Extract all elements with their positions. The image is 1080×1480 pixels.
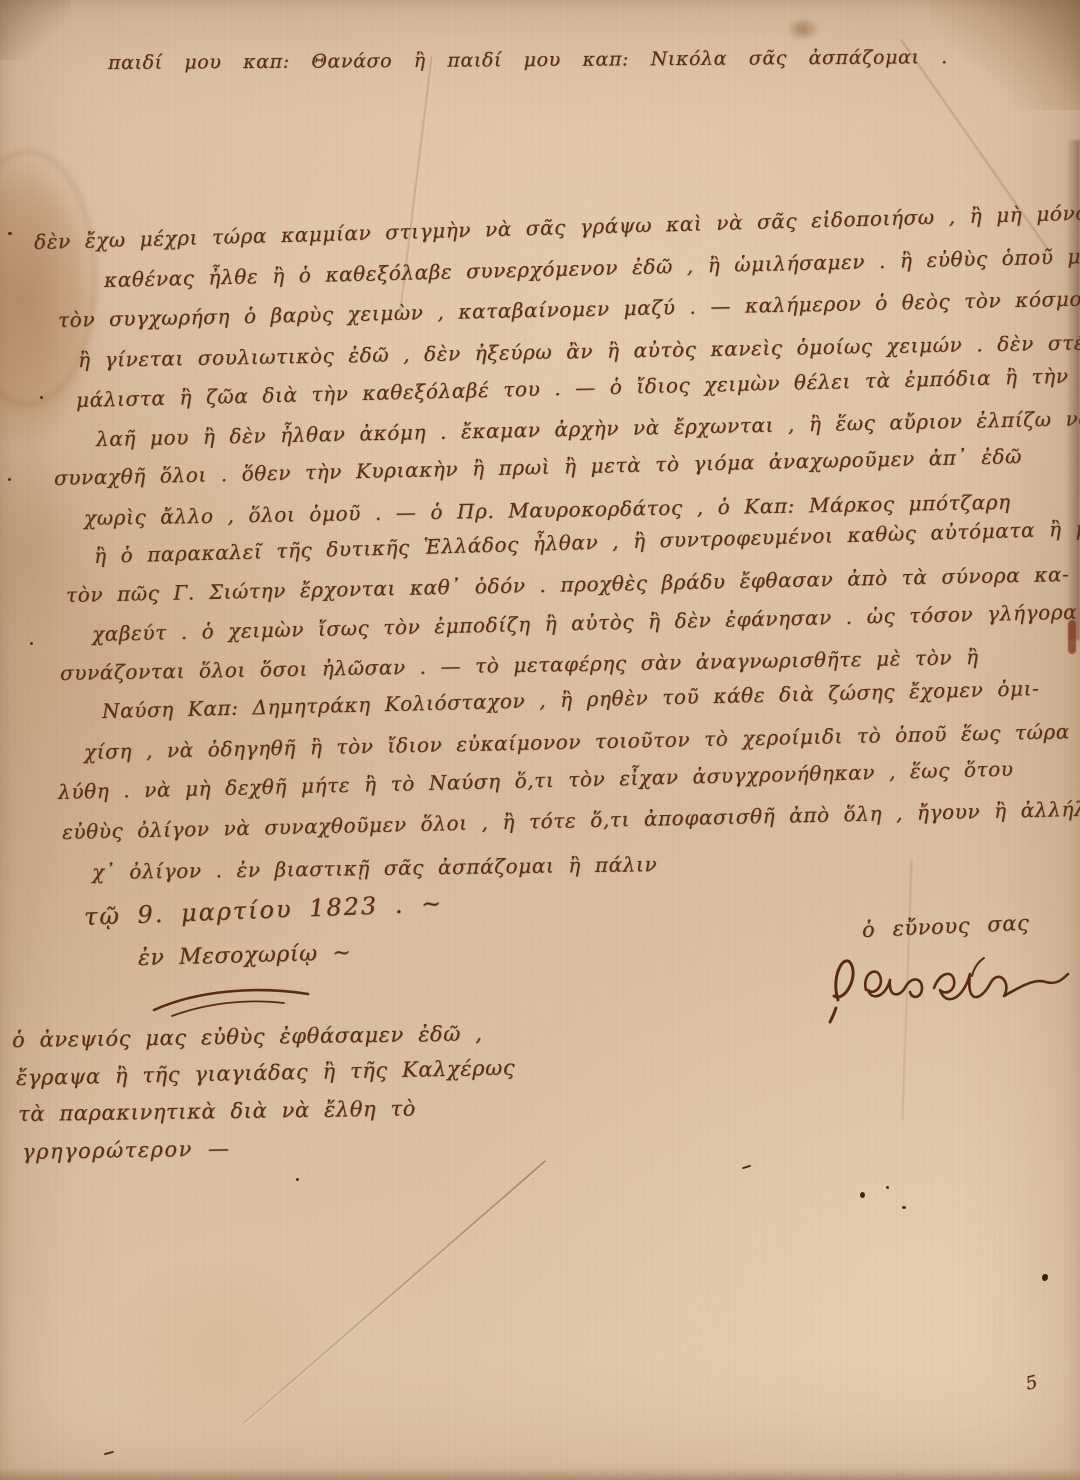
body-line: λαῆ μου ἢ δὲν ἦλθαν ἀκόμη . ἔκαμαν ἀρχὴν… — [96, 406, 1080, 451]
ink-speck — [742, 1165, 751, 1170]
ink-speck — [8, 478, 11, 481]
place-line: ἐν Μεσοχωρίῳ ~ — [138, 940, 352, 971]
body-line: λύθη . νὰ μὴ δεχθῆ μήτε ἢ τὸ Ναύση ὅ,τι … — [58, 757, 1014, 804]
ink-speck — [902, 1206, 906, 1209]
body-line: συνάζονται ὅλοι ὅσοι ἠλῶσαν . — τὸ μεταφ… — [60, 645, 979, 685]
body-line: συναχθῆ ὅλοι . ὅθεν τὴν Κυριακὴν ἢ πρωὶ … — [54, 444, 1022, 490]
ink-speck — [8, 232, 12, 235]
corner-shade-top-left — [0, 0, 70, 60]
ink-speck — [40, 396, 43, 399]
corner-fold-top-right — [930, 0, 1080, 110]
salutation-line: παιδί μου καπ: Θανάσο ἢ παιδί μου καπ: Ν… — [108, 46, 948, 74]
scanned-letter-photo: παιδί μου καπ: Θανάσο ἢ παιδί μου καπ: Ν… — [0, 0, 1080, 1480]
ink-speck — [886, 1186, 889, 1189]
blotch-top-right — [782, 14, 824, 44]
body-line: εὐθὺς ὀλίγον νὰ συναχθοῦμεν ὅλοι , ἢ τότ… — [62, 796, 1080, 844]
signature-scrawl — [822, 938, 1072, 1028]
flourish-underline — [146, 984, 326, 1024]
body-line: καθένας ἦλθε ἢ ὁ καθεξόλαβε συνερχόμενον… — [104, 243, 1080, 292]
postscript-line: ἔγραψα ἢ τῆς γιαγιάδας ἢ τῆς Καλχέρως — [16, 1056, 516, 1090]
body-line: χ᾽ ὀλίγον . ἐν βιαστικῇ σᾶς ἀσπάζομαι ἢ … — [92, 852, 657, 884]
page-number: 5 — [1023, 1371, 1040, 1394]
body-line: Ναύση Καπ: Δημητράκη Κολιόσταχον , ἢ ρηθ… — [102, 676, 1040, 723]
crease-diagonal-bottom — [243, 1160, 546, 1424]
stain-bottom-left — [60, 1230, 380, 1470]
body-line: ἢ γίνεται σουλιωτικὸς ἐδῶ , δὲν ἠξεύρω ἂ… — [78, 329, 1080, 372]
body-line: χαβεύτ . ὁ χειμὼν ἴσως τὸν ἐμποδίζη ἢ αὐ… — [92, 600, 1078, 646]
ink-speck — [860, 1192, 865, 1198]
body-line: τὸν συγχωρήση ὁ βαρὺς χειμὼν , καταβαίνο… — [58, 286, 1080, 332]
body-line: τὸν πῶς Γ. Σιώτην ἔρχονται καθ᾽ ὁδόν . π… — [66, 562, 1070, 607]
letter-page: παιδί μου καπ: Θανάσο ἢ παιδί μου καπ: Ν… — [0, 0, 1080, 1480]
body-line: χίση , νὰ ὁδηγηθῆ ἢ τὸν ἴδιον εὐκαίμονον… — [84, 718, 1080, 764]
ink-speck — [30, 642, 33, 645]
ink-speck — [1042, 1274, 1048, 1281]
ink-speck — [104, 1451, 114, 1455]
ink-speck — [296, 1178, 299, 1181]
postscript-line: γρηγορώτερον — — [22, 1136, 231, 1164]
postscript-line: τὰ παρακινητικὰ διὰ νὰ ἔλθη τὸ — [18, 1096, 416, 1126]
right-edge-ink-mark — [1068, 620, 1076, 654]
body-line: δὲν ἔχω μέχρι τώρα καμμίαν στιγμὴν νὰ σᾶ… — [34, 196, 1080, 254]
date-line: τῷ 9. μαρτίου 1823 . ~ — [83, 889, 443, 931]
postscript-line: ὁ ἀνεψιός μας εὐθὺς ἐφθάσαμεν ἐδῶ , — [12, 1021, 483, 1052]
bottom-edge-shadow — [0, 1468, 1080, 1480]
